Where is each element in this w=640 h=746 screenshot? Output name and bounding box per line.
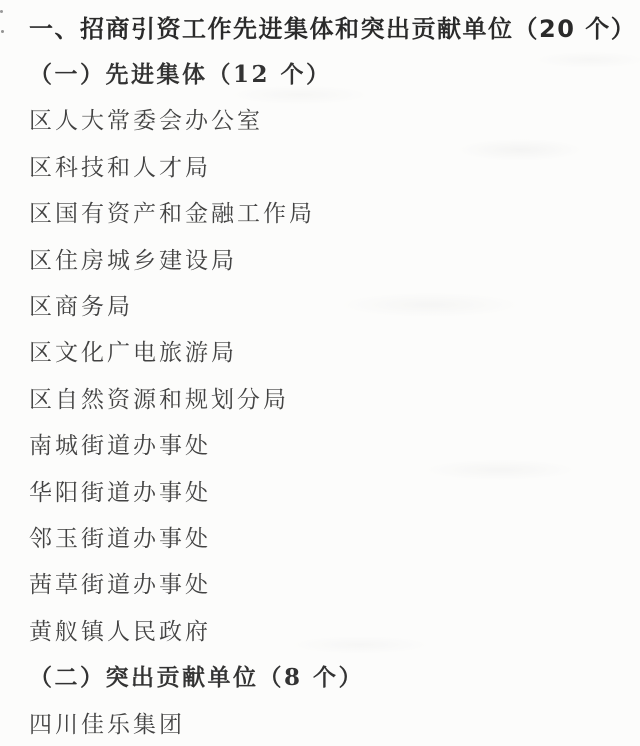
list-item: 区商务局	[0, 281, 640, 327]
list-item: 区住房城乡建设局	[0, 235, 640, 281]
list-item: 南城街道办事处	[0, 421, 640, 467]
list-item: 茜草街道办事处	[0, 560, 640, 606]
list-item: 区文化广电旅游局	[0, 328, 640, 374]
section-1-subheading: （一）先进集体（12 个）	[0, 49, 640, 95]
scanned-document-page: 一、招商引资工作先进集体和突出贡献单位（20 个） （一）先进集体（12 个） …	[0, 0, 640, 746]
list-item: 区国有资产和金融工作局	[0, 189, 640, 235]
list-item: 区科技和人才局	[0, 142, 640, 188]
list-item: 四川佳乐集团	[0, 699, 640, 745]
list-item: 黄舣镇人民政府	[0, 606, 640, 652]
list-item: 邻玉街道办事处	[0, 513, 640, 559]
list-item: 区人大常委会办公室	[0, 96, 640, 142]
list-item: 华阳街道办事处	[0, 467, 640, 513]
doc-heading: 一、招商引资工作先进集体和突出贡献单位（20 个）	[0, 3, 640, 49]
section-2-subheading: （二）突出贡献单位（8 个）	[0, 652, 640, 698]
list-item: 区自然资源和规划分局	[0, 374, 640, 420]
